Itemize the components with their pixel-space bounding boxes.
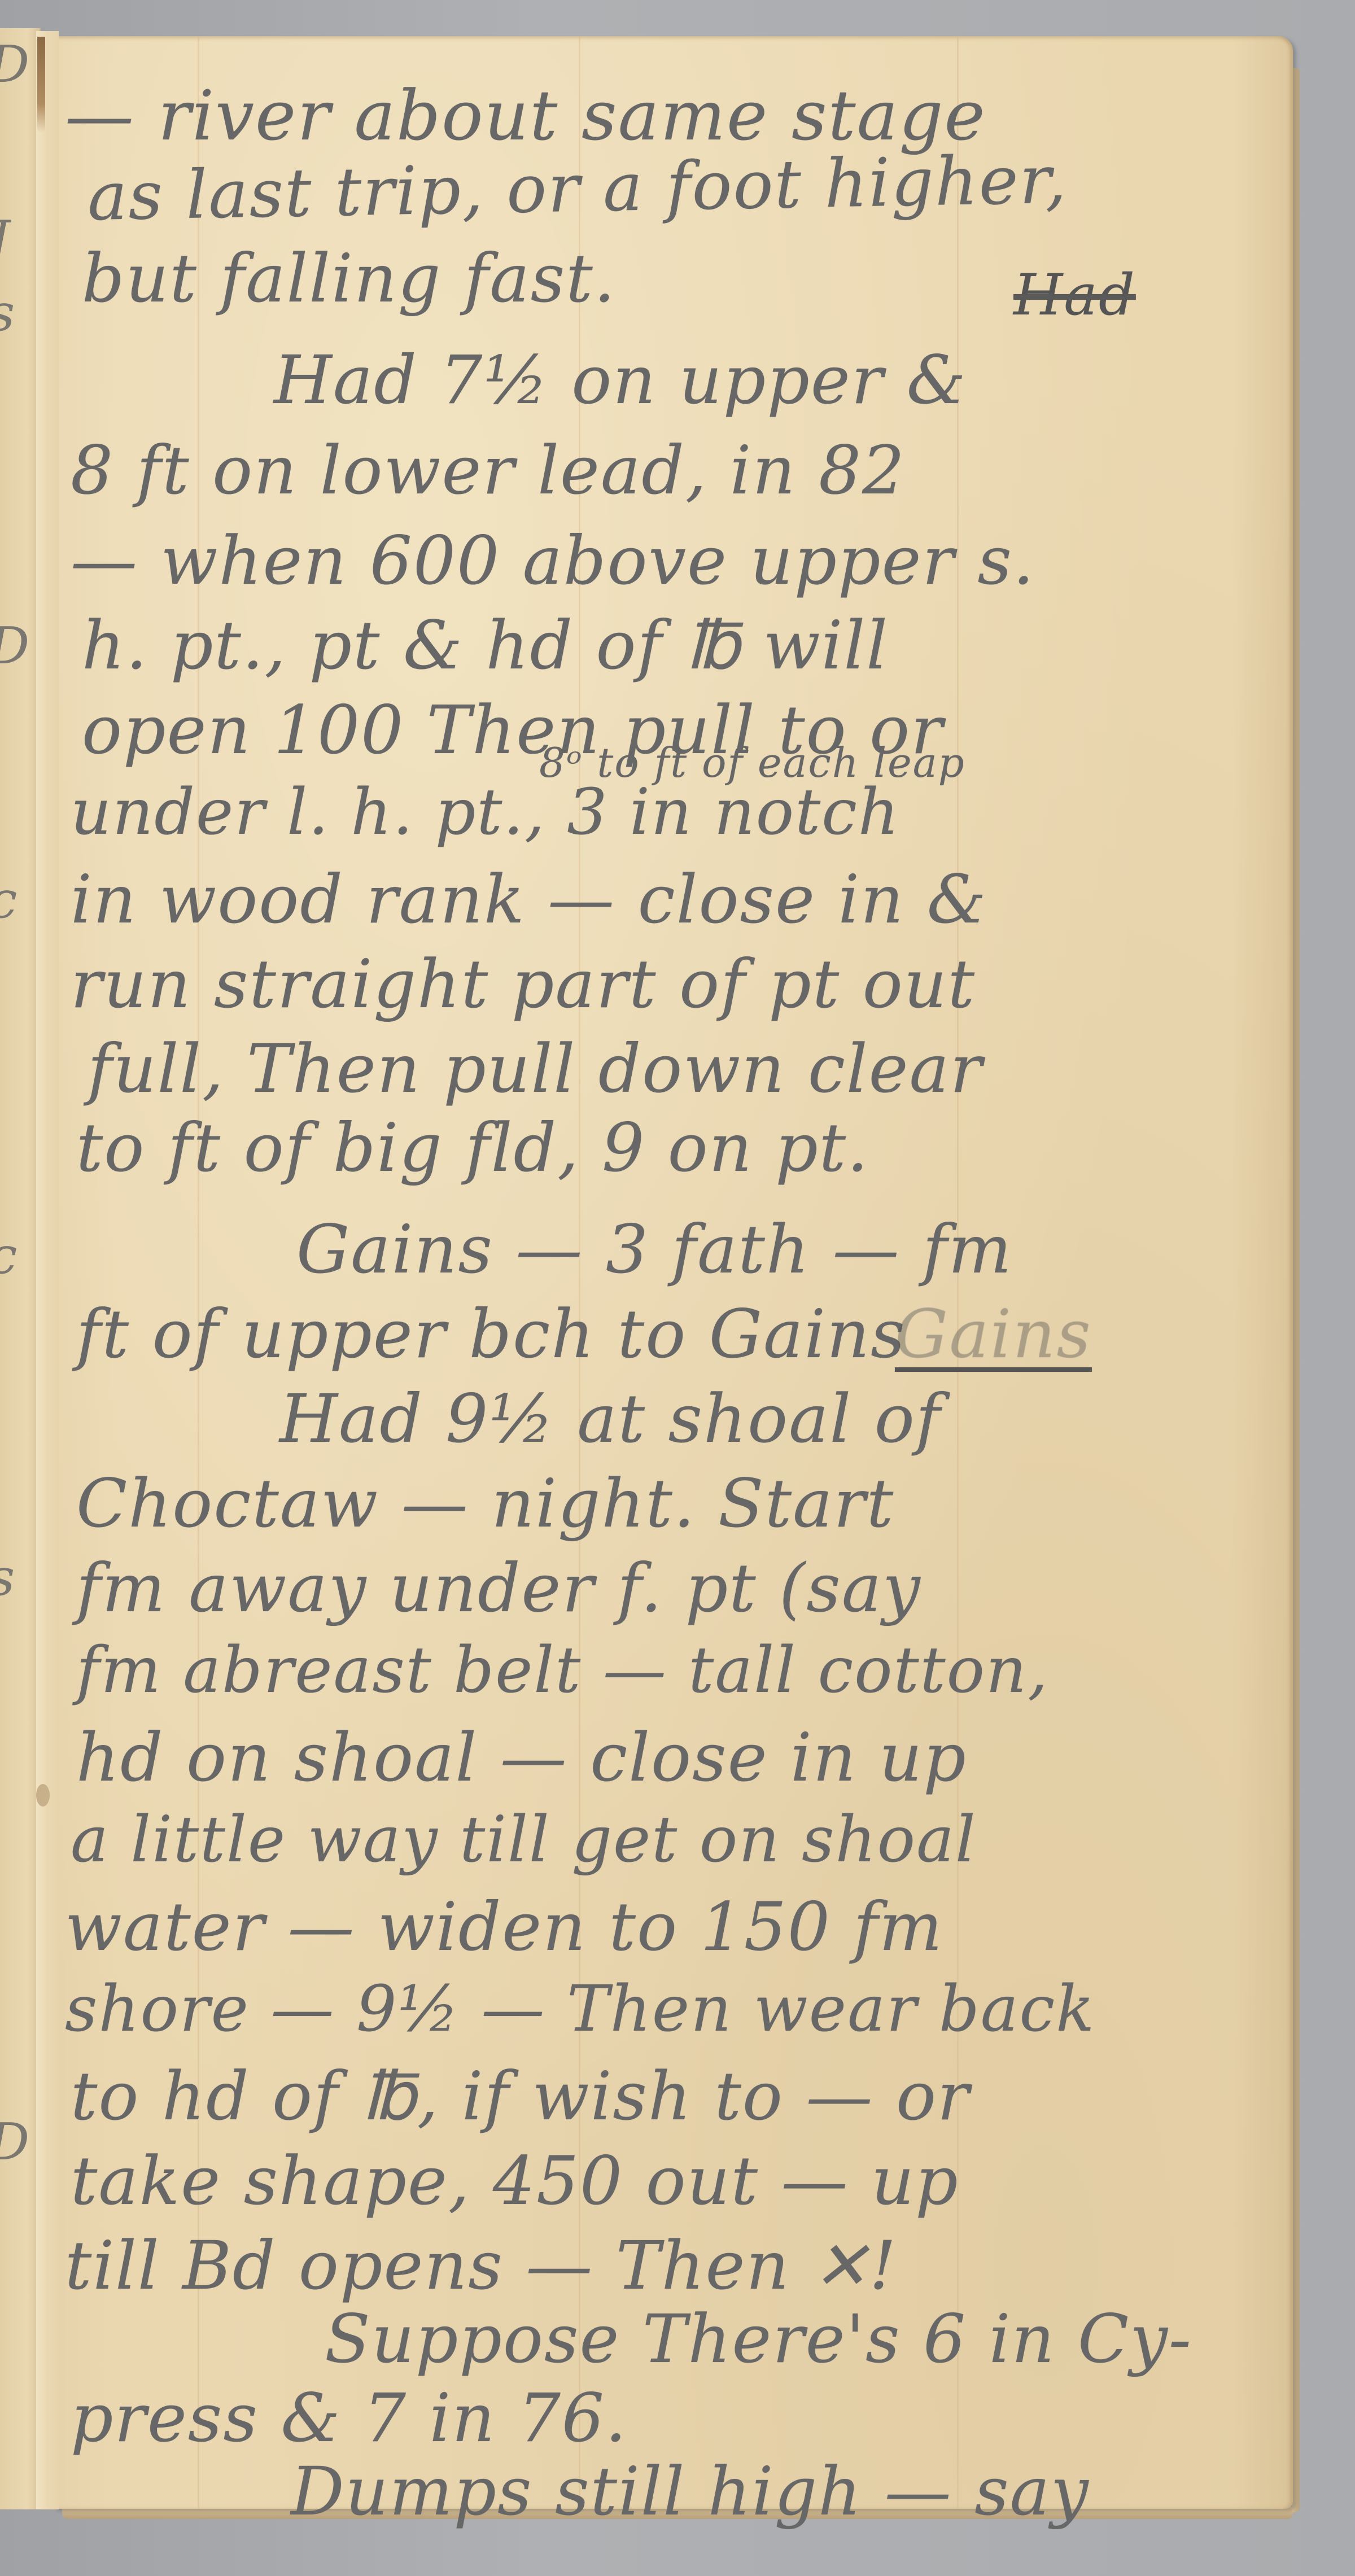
page-stack-right [1292, 68, 1300, 2512]
handwritten-line: hd on shoal — close in up [76, 1718, 967, 1796]
handwritten-line: as last trip, or a foot higher, [87, 141, 1068, 235]
handwritten-line: press & 7 in 76. [71, 2379, 627, 2457]
handwritten-line: fm abreast belt — tall cotton, [76, 1634, 1049, 1707]
torn-binding [37, 37, 45, 133]
facing-page-mark: J [0, 215, 9, 265]
handwritten-line: Gains — 3 fath — fm [296, 1210, 1013, 1288]
handwritten-line: Dumps still high — say [291, 2452, 1090, 2530]
binding-hole [36, 1784, 50, 1807]
notebook-page: — river about same stage as last trip, o… [54, 36, 1293, 2509]
handwritten-line: Had 9½ at shoal of [279, 1380, 941, 1458]
handwritten-line: till Bd opens — Then ✕! [65, 2227, 897, 2304]
handwritten-line: Suppose There's 6 in Cy- [325, 2300, 1192, 2378]
underlined-word: Gains [895, 1295, 1092, 1373]
facing-page-edge: D J s D c c s D [0, 28, 41, 2509]
handwritten-line: under l. h. pt., 3 in notch [71, 776, 900, 849]
handwritten-line: fm away under f. pt (say [76, 1549, 921, 1627]
handwritten-line: in wood rank — close in & [71, 860, 987, 938]
binding-gutter [36, 31, 59, 2509]
handwritten-line: shore — 9½ — Then wear back [65, 1973, 1095, 2046]
page-rule [198, 36, 199, 2509]
handwritten-line: 8 ft on lower lead, in 82 [71, 431, 906, 509]
handwritten-line: full, Then pull down clear [88, 1030, 983, 1108]
handwritten-line: h. pt., pt & hd of ℔ will [82, 606, 889, 684]
handwritten-line: but falling fast. [82, 239, 616, 317]
handwritten-line: Had 7½ on upper & [274, 341, 967, 419]
handwritten-line: ft of upper bch to Gains [76, 1295, 906, 1373]
facing-page-mark: D [0, 2117, 29, 2168]
handwritten-line: — when 600 above upper s. [71, 522, 1035, 600]
handwritten-line: to ft of big fld, 9 on pt. [76, 1109, 869, 1187]
handwritten-line: water — widen to 150 fm [65, 1888, 943, 1966]
handwritten-line: to hd of ℔, if wish to — or [71, 2057, 970, 2135]
facing-page-mark: c [0, 875, 17, 926]
handwritten-line: a little way till get on shoal [71, 1803, 977, 1877]
handwritten-line: run straight part of pt out [71, 945, 976, 1023]
facing-page-mark: D [0, 40, 29, 90]
facing-page-mark: s [0, 288, 15, 339]
handwritten-line: Choctaw — night. Start [76, 1464, 894, 1542]
facing-page-mark: s [0, 1552, 15, 1603]
interlinear-note: 8ᵒ to ft of each leap [539, 739, 965, 786]
struck-out-word: Had [1013, 262, 1136, 328]
handwritten-line: take shape, 450 out — up [71, 2142, 959, 2220]
facing-page-mark: c [0, 1231, 17, 1282]
facing-page-mark: D [0, 621, 29, 672]
